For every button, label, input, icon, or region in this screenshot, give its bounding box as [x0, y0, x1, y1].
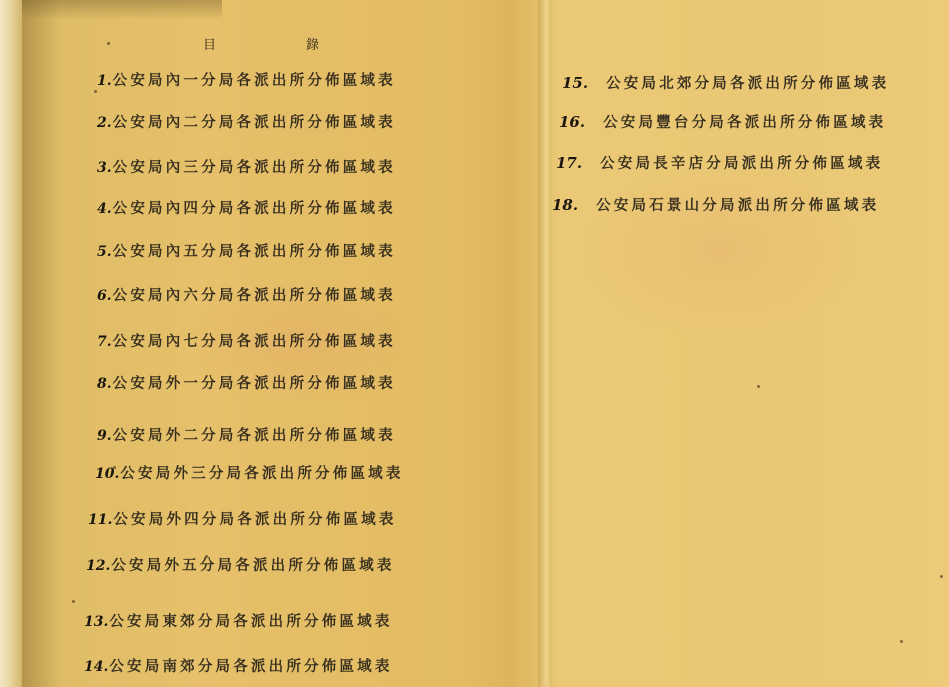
entry-number: 7. [97, 334, 112, 350]
paper-speck [72, 600, 75, 603]
entry-title: 公安局內五分局各派出所分佈區域表 [113, 240, 396, 261]
heading-char-2: 錄 [306, 34, 321, 53]
toc-entry-12: 12. 公安局外五分局各派出所分佈區域表 [86, 554, 395, 575]
entry-number: 16. [559, 113, 585, 131]
entry-title: 公安局外五分局各派出所分佈區域表 [111, 554, 394, 575]
entry-number: 12. [86, 558, 110, 574]
entry-number: 9. [97, 428, 112, 444]
left-page: 目 錄 1. 公安局內一分局各派出所分佈區域表 2. 公安局內二分局各派出所分佈… [62, 0, 532, 687]
toc-entry-17: 17. 公安局長辛店分局派出所分佈區域表 [556, 152, 883, 173]
entry-title: 公安局長辛店分局派出所分佈區域表 [600, 152, 883, 173]
entry-title: 公安局石景山分局派出所分佈區域表 [596, 194, 879, 215]
entry-number: 4. [97, 201, 112, 217]
paper-speck [113, 466, 116, 469]
toc-entry-5: 5. 公安局內五分局各派出所分佈區域表 [97, 240, 396, 261]
paper-speck [107, 42, 110, 45]
entry-title: 公安局外四分局各派出所分佈區域表 [113, 508, 396, 529]
paper-speck [565, 85, 568, 88]
toc-entry-6: 6. 公安局內六分局各派出所分佈區域表 [97, 284, 396, 305]
entry-title: 公安局外一分局各派出所分佈區域表 [113, 372, 396, 393]
entry-title: 公安局內三分局各派出所分佈區域表 [113, 156, 396, 177]
entry-number: 1. [97, 73, 112, 89]
paper-speck [94, 90, 97, 93]
toc-entry-9: 9. 公安局外二分局各派出所分佈區域表 [97, 424, 396, 445]
entry-number: 3. [97, 160, 112, 176]
entry-number: 15. [562, 74, 588, 92]
entry-title: 公安局內四分局各派出所分佈區域表 [113, 197, 396, 218]
entry-title: 公安局東郊分局各派出所分佈區域表 [109, 610, 392, 631]
toc-entry-8: 8. 公安局外一分局各派出所分佈區域表 [97, 372, 396, 393]
entry-title: 公安局外二分局各派出所分佈區域表 [113, 424, 396, 445]
entry-title: 公安局內二分局各派出所分佈區域表 [113, 111, 396, 132]
entry-number: 2. [97, 115, 112, 131]
toc-entry-4: 4. 公安局內四分局各派出所分佈區域表 [97, 197, 396, 218]
page-edge [0, 0, 22, 687]
entry-title: 公安局南郊分局各派出所分佈區域表 [109, 655, 392, 676]
entry-title: 公安局內六分局各派出所分佈區域表 [113, 284, 396, 305]
entry-title: 公安局內一分局各派出所分佈區域表 [113, 69, 396, 90]
document-spread: 目 錄 1. 公安局內一分局各派出所分佈區域表 2. 公安局內二分局各派出所分佈… [0, 0, 949, 687]
table-of-contents-heading: 目 錄 [62, 34, 482, 54]
page-fold [538, 0, 552, 687]
entry-title: 公安局豐台分局各派出所分佈區域表 [603, 111, 886, 132]
entry-number: 5. [97, 244, 112, 260]
paper-speck [900, 640, 903, 643]
paper-speck [940, 575, 943, 578]
right-page: 15. 公安局北郊分局各派出所分佈區域表 16. 公安局豐台分局各派出所分佈區域… [552, 0, 949, 687]
paper-speck [757, 385, 760, 388]
entry-title: 公安局內七分局各派出所分佈區域表 [113, 330, 396, 351]
entry-number: 11. [88, 512, 112, 528]
toc-entry-10: 10. 公安局外三分局各派出所分佈區域表 [95, 462, 404, 483]
entry-number: 8. [97, 376, 112, 392]
toc-entry-7: 7. 公安局內七分局各派出所分佈區域表 [97, 330, 396, 351]
toc-entry-18: 18. 公安局石景山分局派出所分佈區域表 [552, 194, 879, 215]
toc-entry-15: 15. 公安局北郊分局各派出所分佈區域表 [562, 72, 889, 93]
toc-entry-11: 11. 公安局外四分局各派出所分佈區域表 [88, 508, 397, 529]
toc-entry-2: 2. 公安局內二分局各派出所分佈區域表 [97, 111, 396, 132]
entry-number: 6. [97, 288, 112, 304]
toc-entry-16: 16. 公安局豐台分局各派出所分佈區域表 [559, 111, 886, 132]
entry-title: 公安局外三分局各派出所分佈區域表 [120, 462, 403, 483]
toc-entry-14: 14. 公安局南郊分局各派出所分佈區域表 [84, 655, 393, 676]
binding-shadow [22, 0, 62, 687]
toc-entry-3: 3. 公安局內三分局各派出所分佈區域表 [97, 156, 396, 177]
entry-number: 18. [552, 196, 578, 214]
toc-entry-1: 1. 公安局內一分局各派出所分佈區域表 [97, 69, 396, 90]
entry-number: 13. [84, 614, 108, 630]
paper-speck [205, 555, 208, 558]
entry-title: 公安局北郊分局各派出所分佈區域表 [606, 72, 889, 93]
entry-number: 17. [556, 154, 582, 172]
heading-char-1: 目 [203, 34, 218, 53]
toc-entry-13: 13. 公安局東郊分局各派出所分佈區域表 [84, 610, 393, 631]
entry-number: 14. [84, 659, 108, 675]
